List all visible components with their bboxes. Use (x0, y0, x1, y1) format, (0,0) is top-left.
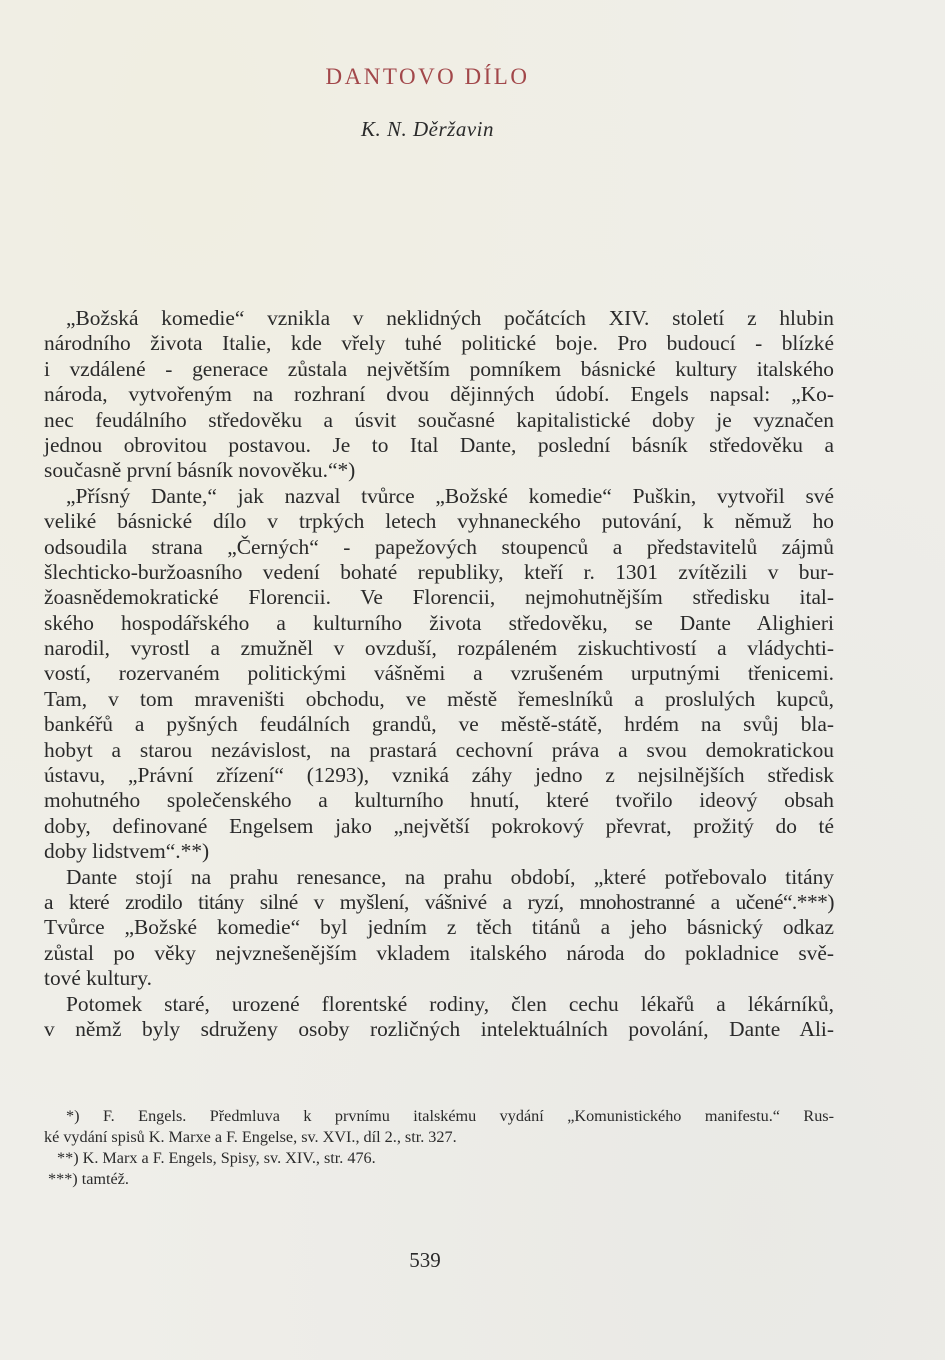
text-line: Tvůrce „Božské komedie“ byl jedním z těc… (44, 915, 834, 940)
text-line: bankéřů a pyšných feudálních grandů, ve … (44, 712, 834, 737)
book-page: DANTOVO DÍLO K. N. Děržavin „Božská kome… (0, 0, 945, 1360)
text-line: vostí, rozervaném politickými vášněmi a … (44, 661, 834, 686)
text-line: „Přísný Dante,“ jak nazval tvůrce „Božsk… (44, 484, 834, 509)
text-line: současně první básník novověku.“*) (44, 458, 834, 483)
text-line: narodil, vyrostl a zmužněl v ovzduší, ro… (44, 636, 834, 661)
footnote: **) K. Marx a F. Engels, Spisy, sv. XIV.… (44, 1148, 834, 1169)
footnote: ***) tamtéž. (44, 1169, 834, 1190)
text-line: Dante stojí na prahu renesance, na prahu… (44, 865, 834, 890)
text-line: mohutného společenského a kulturního hnu… (44, 788, 834, 813)
text-line: šlechticko-buržoasního vedení bohaté rep… (44, 560, 834, 585)
text-line: nec feudálního středověku a úsvit součas… (44, 408, 834, 433)
text-line: doby lidstvem“.**) (44, 839, 834, 864)
chapter-title: DANTOVO DÍLO (0, 64, 855, 90)
text-line: zůstal po věky nejvznešenějším vkladem i… (44, 941, 834, 966)
text-line: v němž byly sdruženy osoby rozličných in… (44, 1017, 834, 1042)
text-line: „Božská komedie“ vznikla v neklidných po… (44, 306, 834, 331)
text-line: hobyt a starou nezávislost, na prastará … (44, 738, 834, 763)
text-line: žoasnědemokratické Florencii. Ve Florenc… (44, 585, 834, 610)
text-line: doby, definované Engelsem jako „největší… (44, 814, 834, 839)
footnotes: *) F. Engels. Předmluva k prvnímu italsk… (44, 1106, 834, 1190)
footnote: *) F. Engels. Předmluva k prvnímu italsk… (44, 1106, 834, 1127)
text-line: odsoudila strana „Černých“ - papežových … (44, 535, 834, 560)
text-line: ského hospodářského a kulturního života … (44, 611, 834, 636)
text-line: národního života Italie, kde vřely tuhé … (44, 331, 834, 356)
text-line: Tam, v tom mraveništi obchodu, ve městě … (44, 687, 834, 712)
author-name: K. N. Děržavin (0, 117, 855, 142)
page-number: 539 (0, 1248, 850, 1273)
footnote: ké vydání spisů K. Marxe a F. Engelse, s… (44, 1127, 834, 1148)
text-line: veliké básnické dílo v trpkých letech vy… (44, 509, 834, 534)
text-line: i vzdálené - generace zůstala největším … (44, 357, 834, 382)
text-line: ústavu, „Právní zřízení“ (1293), vzniká … (44, 763, 834, 788)
text-line: a které zrodilo titány silné v myšlení, … (44, 890, 834, 915)
text-line: tové kultury. (44, 966, 834, 991)
main-text: „Božská komedie“ vznikla v neklidných po… (44, 306, 834, 1042)
text-line: Potomek staré, urozené florentské rodiny… (44, 992, 834, 1017)
text-line: jednou obrovitou postavou. Je to Ital Da… (44, 433, 834, 458)
text-line: národa, vytvořeným na rozhraní dvou ději… (44, 382, 834, 407)
